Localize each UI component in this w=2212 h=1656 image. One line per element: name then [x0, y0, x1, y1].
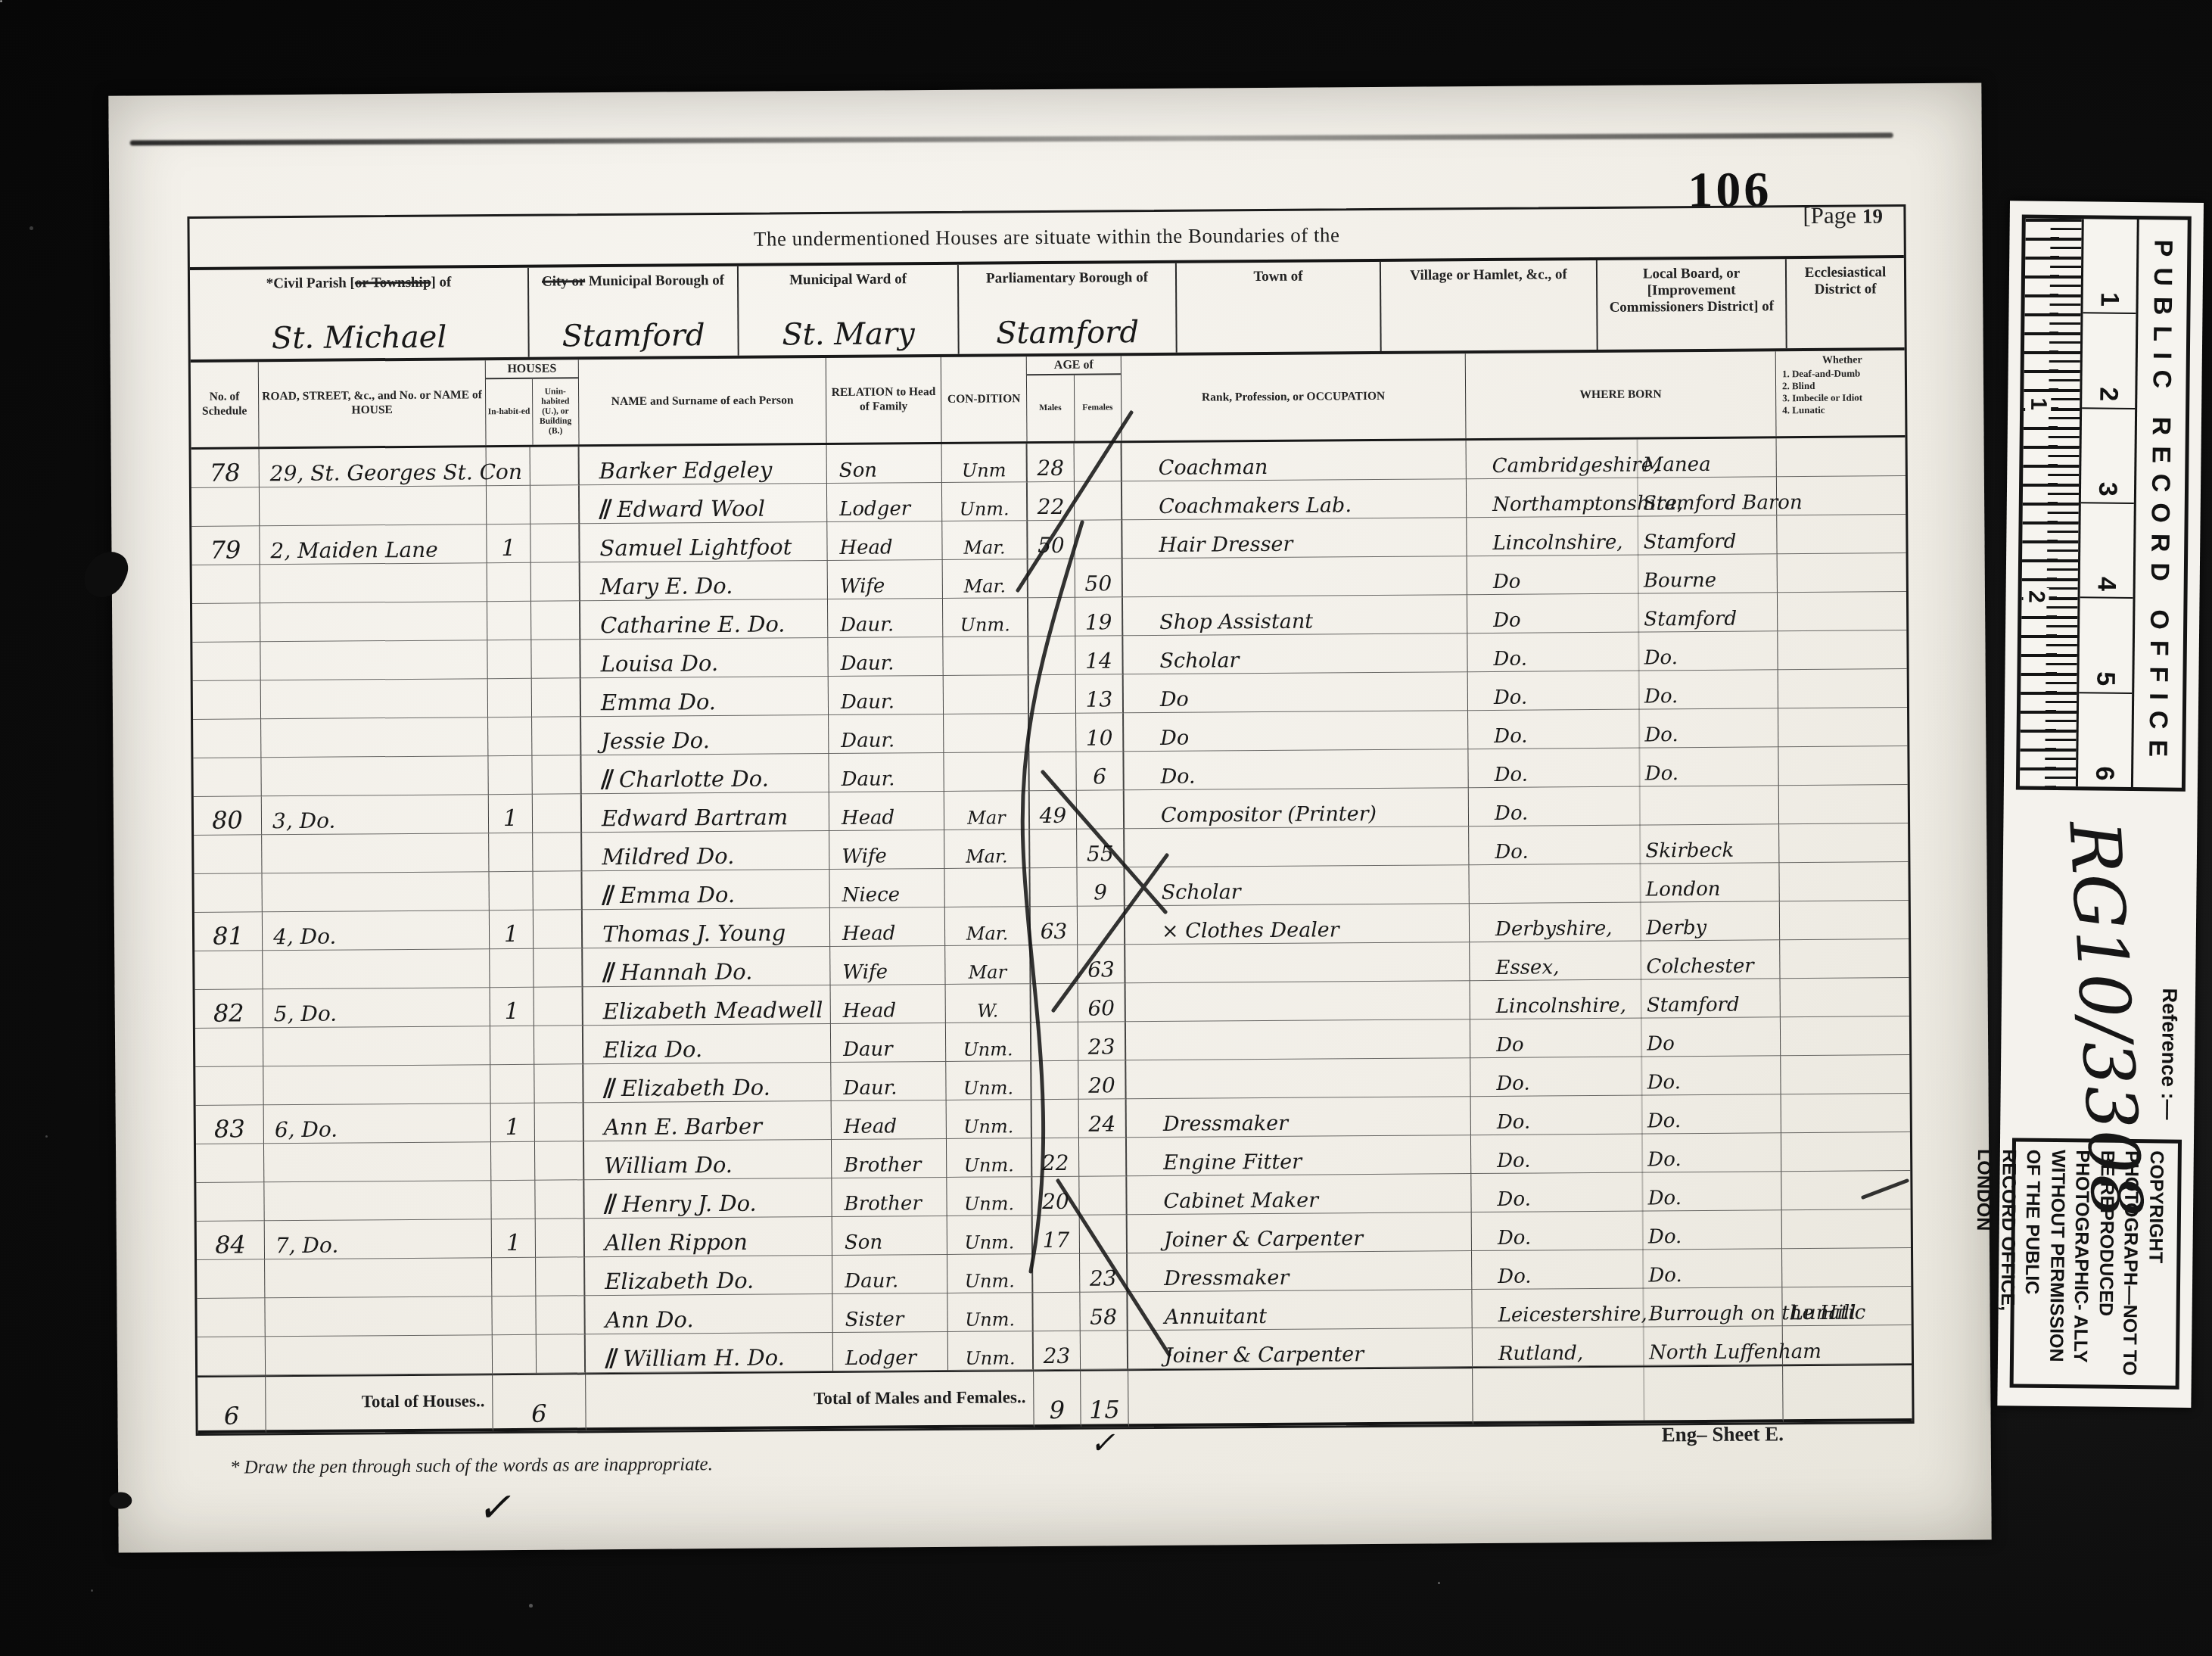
- cell-age-females: 6: [1076, 752, 1124, 790]
- cell-schedule: 82: [195, 989, 263, 1029]
- district-value: [1178, 348, 1380, 350]
- cell-age-males: 23: [1034, 1331, 1081, 1370]
- cell-infirmity: [1782, 1209, 1911, 1249]
- cell-inhabited: [489, 833, 533, 872]
- cell-born: Leicestershire,Burrough on the Hill: [1472, 1287, 1782, 1328]
- cell-uninhabited: [534, 1026, 583, 1064]
- cell-uninhabited: [530, 447, 580, 485]
- born-place: London: [1646, 879, 1721, 900]
- cell-age-males: 17: [1033, 1216, 1080, 1254]
- cell-road: 2, Maiden Lane: [260, 525, 487, 565]
- cell-age-females: 14: [1075, 636, 1123, 674]
- born-county: Do: [1467, 572, 1521, 592]
- cell-born: Do.Do.: [1467, 631, 1778, 672]
- cell-road: [260, 640, 487, 680]
- column-header-name: NAME and Surname of each Person: [579, 358, 827, 444]
- district-value: [1382, 347, 1597, 348]
- cell-inhabited: [487, 563, 531, 602]
- cell-schedule: 81: [194, 912, 263, 951]
- cell-uninhabited: [532, 717, 581, 755]
- cell-schedule: [196, 1144, 264, 1183]
- cell-schedule: 80: [194, 796, 262, 836]
- cell-occupation: Hair Dresser: [1122, 518, 1467, 559]
- district-label: *Civil Parish [or Township] of: [190, 274, 527, 293]
- cell-infirmity: [1780, 939, 1909, 979]
- ruler-ticks: 1 2: [2020, 219, 2082, 787]
- cell-schedule: 78: [191, 449, 260, 488]
- born-county: Do: [1467, 611, 1521, 630]
- cell-schedule: [193, 680, 261, 720]
- cell-name: ∥Edward Wool: [580, 484, 827, 524]
- cell-uninhabited: [535, 1141, 584, 1180]
- cell-road: [263, 949, 490, 989]
- cell-occupation: [1125, 942, 1470, 983]
- cell-condition: Mar.: [944, 830, 1030, 869]
- cell-condition: Unm.: [947, 1138, 1032, 1178]
- cell-relation: Brother: [832, 1178, 947, 1217]
- cell-age-females: [1078, 906, 1125, 945]
- double-stroke-mark: ∥: [598, 769, 617, 791]
- cell-born: Do.Do.: [1468, 708, 1778, 749]
- cell-condition: Unm.: [947, 1177, 1032, 1216]
- cell-born: Essex,Colchester: [1470, 940, 1780, 981]
- cell-road: 6, Do.: [264, 1103, 491, 1144]
- cell-road: [260, 602, 487, 642]
- column-header-females: Females: [1074, 375, 1121, 441]
- cell-condition: [944, 868, 1030, 907]
- total-of-houses-value: 6: [493, 1373, 586, 1431]
- cell-road: 7, Do.: [265, 1219, 492, 1259]
- cell-uninhabited: [534, 987, 583, 1026]
- cell-name: Mary E. Do.: [580, 561, 828, 601]
- born-place: Stamford: [1644, 609, 1737, 630]
- cell-occupation: Do.: [1124, 749, 1468, 790]
- cell-occupation: [1125, 826, 1469, 867]
- film-speckles: [0, 0, 2, 2]
- double-stroke-mark: ∥: [599, 885, 618, 907]
- double-stroke-mark: ∥: [601, 1194, 620, 1216]
- cell-relation: Head: [831, 985, 946, 1024]
- district-value: Stamford: [529, 318, 737, 354]
- cell-age-males: 20: [1032, 1177, 1079, 1216]
- cell-occupation: × Clothes Dealer: [1125, 904, 1470, 945]
- column-header-uninhabited: Unin-habited (U.), or Building (B.): [532, 379, 578, 445]
- cell-relation: Daur.: [829, 753, 944, 792]
- cell-relation: Wife: [830, 946, 945, 985]
- cell-age-females: [1079, 1138, 1127, 1176]
- cell-age-females: 50: [1075, 559, 1123, 597]
- cell-uninhabited: [531, 601, 580, 640]
- cell-inhabited: [487, 486, 530, 525]
- cell-inhabited: [491, 1181, 535, 1219]
- cell-age-females: 23: [1080, 1253, 1128, 1292]
- cell-uninhabited: [534, 948, 583, 987]
- cell-inhabited: [487, 640, 531, 679]
- cell-age-females: 55: [1077, 829, 1125, 867]
- cell-inhabited: [490, 1026, 534, 1065]
- cell-occupation: [1123, 556, 1467, 597]
- born-county: Rutland,: [1473, 1343, 1583, 1364]
- cell-born: DoBourne: [1467, 554, 1778, 595]
- cell-condition: Unm.: [947, 1216, 1033, 1255]
- infirmity-item: 3. Imbecile or Idiot: [1782, 391, 1862, 404]
- cell-name: Thomas J. Young: [583, 908, 830, 948]
- cell-road: [260, 563, 487, 603]
- born-place: Bourne: [1644, 571, 1716, 591]
- cell-born: Do.Do.: [1472, 1249, 1782, 1290]
- cell-age-females: 20: [1078, 1060, 1126, 1099]
- cell-age-males: [1031, 1061, 1078, 1100]
- cell-schedule: 79: [191, 526, 260, 565]
- cell-schedule: 84: [197, 1221, 265, 1260]
- cell-condition: Mar.: [943, 559, 1028, 599]
- cell-name: ∥Emma Do.: [582, 870, 829, 910]
- born-place: Do.: [1647, 1111, 1681, 1131]
- cell-schedule: [194, 873, 262, 913]
- cell-name: ∥Hannah Do.: [583, 947, 830, 987]
- infirmity-item: 4. Lunatic: [1782, 404, 1825, 417]
- district-box-municipal-borough: City or Municipal Borough of Stamford: [529, 266, 739, 357]
- cell-name: Edward Bartram: [582, 792, 829, 833]
- cell-schedule: 83: [196, 1105, 264, 1144]
- cell-relation: Sister: [832, 1293, 947, 1333]
- cell-name: Eliza Do.: [583, 1024, 831, 1064]
- pro-reference-strip: PUBLIC RECORD OFFICE 123456 1 2 Referenc…: [1997, 201, 2204, 1408]
- cell-occupation: [1126, 981, 1470, 1022]
- column-header-schedule: No. of Schedule: [191, 362, 260, 447]
- cell-inhabited: [492, 1296, 536, 1335]
- ruler-scale-number: 1: [2083, 219, 2136, 314]
- cell-occupation: [1126, 1058, 1470, 1099]
- cell-uninhabited: [534, 1064, 583, 1103]
- cell-name: ∥Elizabeth Do.: [583, 1063, 831, 1103]
- cell-born: Do.Do.: [1471, 1172, 1781, 1212]
- cell-relation: Daur.: [828, 637, 943, 677]
- column-header-condition: CON-DITION: [941, 356, 1028, 442]
- totals-schedule: 6: [198, 1375, 266, 1433]
- district-value: St. Michael: [190, 319, 527, 356]
- cell-name: Emma Do.: [581, 677, 829, 717]
- cell-age-males: [1031, 1023, 1078, 1061]
- cell-infirmity: [1779, 862, 1908, 901]
- cell-schedule: [195, 1066, 263, 1106]
- cell-age-females: [1077, 790, 1125, 829]
- scanned-census-page: { "page": { "stamp_number": "106", "page…: [0, 0, 2212, 1656]
- district-label: Village or Hamlet, &c., of: [1381, 266, 1596, 285]
- born-place: Do.: [1645, 764, 1678, 783]
- cell-age-males: 22: [1032, 1138, 1079, 1177]
- cell-name: Elizabeth Do.: [585, 1256, 832, 1296]
- cell-relation: Wife: [828, 560, 943, 599]
- district-box-ecclesiastical: Ecclesiastical District of: [1787, 258, 1905, 348]
- cell-relation: Daur.: [831, 1062, 946, 1101]
- cell-name: ∥Charlotte Do.: [581, 754, 829, 794]
- cell-uninhabited: [533, 794, 582, 833]
- column-header-row: No. of Schedule ROAD, STREET, &c., and N…: [191, 350, 1906, 450]
- born-place: Do.: [1647, 1150, 1681, 1169]
- reference-area: Reference :— RG10/3308: [2010, 797, 2187, 1124]
- cell-condition: Unm.: [947, 1100, 1032, 1139]
- cell-condition: Mar: [944, 791, 1030, 830]
- born-place: Do.: [1644, 725, 1678, 745]
- district-box-local-board: Local Board, or [Improvement Commissione…: [1598, 259, 1787, 350]
- district-value: [1598, 345, 1786, 347]
- cell-schedule: [196, 1182, 264, 1222]
- born-county: Do.: [1470, 1074, 1529, 1094]
- cell-born: Do.Do.: [1472, 1210, 1782, 1251]
- totals-born-empty: [1473, 1365, 1784, 1424]
- cell-born: Lincolnshire,Stamford: [1467, 515, 1777, 556]
- born-county: Do.: [1472, 1228, 1531, 1249]
- cell-occupation: Scholar: [1125, 865, 1469, 906]
- column-header-where-born: WHERE BORN: [1466, 351, 1777, 438]
- ruler-subticks: [2045, 228, 2081, 786]
- district-label: City or Municipal Borough of: [529, 272, 737, 291]
- cell-road: [261, 756, 488, 796]
- cell-schedule: [192, 642, 260, 681]
- cell-age-males: [1030, 868, 1077, 907]
- cell-uninhabited: [536, 1257, 585, 1296]
- born-county: Do.: [1468, 688, 1527, 708]
- cell-inhabited: [491, 1142, 535, 1181]
- cell-road: [262, 833, 489, 873]
- column-header-inhabited: In-habit-ed: [486, 379, 533, 445]
- cell-born: Do.Do.: [1471, 1133, 1781, 1174]
- cell-inhabited: [488, 756, 532, 795]
- cell-inhabited: 1: [492, 1219, 536, 1258]
- cell-road: [262, 872, 489, 912]
- born-county: Leicestershire,: [1473, 1305, 1647, 1326]
- double-stroke-mark: ∥: [600, 1078, 619, 1100]
- double-stroke-mark: ∥: [596, 499, 615, 521]
- cell-name: William Do.: [584, 1140, 832, 1180]
- cell-name: Catharine E. Do.: [580, 599, 828, 640]
- cell-inhabited: 1: [491, 1103, 535, 1142]
- cell-occupation: Do: [1124, 672, 1468, 713]
- cell-relation: Wife: [829, 830, 944, 870]
- houses-group-label: HOUSES: [486, 360, 578, 379]
- cell-condition: Unm.: [942, 482, 1028, 521]
- cell-condition: W.: [946, 984, 1031, 1023]
- cell-age-females: [1081, 1331, 1128, 1369]
- born-county: Lincolnshire,: [1470, 996, 1626, 1016]
- cell-infirmity: [1781, 1016, 1909, 1056]
- cell-infirmity: [1777, 515, 1906, 554]
- cell-schedule: [195, 1028, 263, 1067]
- cell-occupation: Joiner & Carpenter: [1128, 1212, 1472, 1253]
- cell-age-females: 58: [1080, 1292, 1128, 1331]
- cell-name: Jessie Do.: [581, 715, 829, 755]
- census-form-table: The undermentioned Houses are situate wi…: [187, 204, 1914, 1436]
- district-value: Stamford: [959, 315, 1175, 351]
- total-of-males-females-label: Total of Males and Females..: [586, 1370, 1034, 1430]
- ruler-scale-number: 6: [2078, 693, 2132, 787]
- cell-age-females: 60: [1078, 983, 1126, 1022]
- cell-schedule: [193, 719, 261, 758]
- cell-age-males: [1028, 559, 1075, 598]
- cell-age-females: 24: [1079, 1099, 1127, 1138]
- cell-road: [266, 1335, 493, 1375]
- cell-age-females: 63: [1078, 945, 1125, 983]
- cell-name: Elizabeth Meadwell: [583, 985, 831, 1026]
- cell-uninhabited: [535, 1103, 584, 1141]
- cell-condition: Mar.: [945, 907, 1031, 946]
- cell-infirmity: [1777, 437, 1906, 477]
- cell-age-females: 13: [1076, 674, 1124, 713]
- cell-relation: Head: [829, 792, 944, 831]
- cell-age-males: [1033, 1293, 1080, 1331]
- cell-uninhabited: [532, 755, 581, 794]
- cell-inhabited: [490, 949, 534, 988]
- ink-blot: [109, 1492, 132, 1508]
- cell-born: Do.Skirbeck: [1469, 824, 1779, 865]
- census-table-body: 7829, St. Georges St. ConBarker EdgeleyS…: [191, 437, 1912, 1433]
- born-place: Do.: [1644, 648, 1678, 668]
- cell-occupation: Compositor (Printer): [1125, 788, 1469, 829]
- born-county: Do.: [1471, 1151, 1530, 1172]
- totals-occupation-empty: [1128, 1367, 1473, 1427]
- cell-relation: Brother: [832, 1139, 947, 1178]
- cell-name: Barker Edgeley: [580, 445, 827, 485]
- total-of-houses-label: Total of Houses..: [266, 1374, 493, 1433]
- cell-condition: [944, 675, 1029, 714]
- cell-infirmity: [1779, 823, 1908, 863]
- cell-relation: Son: [827, 444, 942, 484]
- cell-road: 3, Do.: [262, 795, 489, 835]
- born-county: Do.: [1468, 727, 1527, 747]
- form-title: The undermentioned Houses are situate wi…: [754, 223, 1340, 251]
- cell-age-males: [1031, 984, 1078, 1023]
- cell-uninhabited: [531, 562, 580, 601]
- cell-uninhabited: [533, 833, 582, 871]
- born-county: Do.: [1467, 649, 1526, 670]
- age-group-label: AGE of: [1027, 356, 1121, 375]
- born-county: Do.: [1472, 1267, 1531, 1287]
- cell-uninhabited: [533, 871, 582, 910]
- cell-schedule: [198, 1337, 266, 1376]
- cell-inhabited: 1: [489, 795, 533, 833]
- cell-infirmity: [1781, 1055, 1909, 1094]
- cell-condition: Unm.: [948, 1331, 1034, 1371]
- cell-name: Louisa Do.: [580, 638, 828, 678]
- cell-inhabited: [488, 717, 532, 756]
- cell-age-males: 63: [1031, 907, 1078, 945]
- cell-occupation: Cabinet Maker: [1127, 1174, 1471, 1215]
- column-header-infirmity: Whether 1. Deaf-and-Dumb 2. Blind 3. Imb…: [1776, 350, 1906, 436]
- cell-age-males: [1028, 598, 1075, 637]
- cell-age-females: 10: [1076, 713, 1124, 752]
- cell-relation: Head: [830, 907, 945, 947]
- ruler-inch-number: 1: [2025, 394, 2051, 413]
- cell-road: [263, 1065, 490, 1105]
- cell-condition: Unm.: [943, 598, 1028, 637]
- cell-road: [264, 1181, 491, 1221]
- district-box-civil-parish: *Civil Parish [or Township] of St. Micha…: [190, 268, 530, 360]
- pro-office-label: PUBLIC RECORD OFFICE: [2131, 219, 2188, 788]
- born-county: Lincolnshire,: [1467, 533, 1622, 553]
- cell-condition: Unm.: [946, 1023, 1031, 1062]
- cell-uninhabited: [530, 524, 580, 562]
- district-box-municipal-ward: Municipal Ward of St. Mary: [739, 265, 960, 356]
- cell-road: [263, 1026, 490, 1066]
- cell-relation: Niece: [829, 869, 944, 908]
- cell-infirmity: [1780, 901, 1909, 940]
- ruler-scale-number: 5: [2079, 599, 2133, 694]
- born-county: Derbyshire,: [1470, 919, 1613, 939]
- infirmity-item: 2. Blind: [1782, 380, 1815, 393]
- ruler-scale-number: 3: [2081, 409, 2135, 504]
- column-header-occupation: Rank, Profession, or OCCUPATION: [1122, 353, 1467, 440]
- cell-road: [261, 679, 488, 719]
- cell-schedule: [194, 835, 262, 874]
- cell-age-females: 19: [1075, 597, 1123, 636]
- cell-relation: Lodger: [833, 1332, 948, 1371]
- born-place: Manea: [1643, 455, 1711, 475]
- census-sheet: 106 [Page 19 The undermentioned Houses a…: [108, 82, 1991, 1552]
- district-value: [1787, 344, 1905, 345]
- cell-condition: [944, 752, 1029, 792]
- district-label: Municipal Ward of: [739, 271, 957, 289]
- cell-road: 5, Do.: [263, 988, 490, 1028]
- cell-relation: Daur.: [829, 676, 944, 715]
- double-stroke-mark: ∥: [602, 1348, 621, 1370]
- born-county: Do.: [1469, 765, 1528, 786]
- cell-relation: Daur.: [832, 1255, 947, 1294]
- column-header-road: ROAD, STREET, &c., and No. or NAME of HO…: [259, 360, 487, 447]
- born-county: Do.: [1469, 804, 1528, 824]
- district-box-town: Town of: [1177, 262, 1382, 353]
- cell-inhabited: [490, 1065, 534, 1103]
- cell-inhabited: [493, 1335, 537, 1374]
- ruler-scale-number: 2: [2082, 314, 2136, 409]
- cell-age-males: [1029, 714, 1076, 752]
- cell-schedule: [192, 603, 260, 643]
- cell-relation: Daur: [831, 1023, 946, 1063]
- born-place: Colchester: [1646, 957, 1753, 977]
- cell-infirmity: [1781, 978, 1909, 1017]
- cell-uninhabited: [535, 1180, 584, 1219]
- cell-name: Allen Rippon: [585, 1217, 832, 1257]
- district-label: Parliamentary Borough of: [959, 269, 1175, 288]
- cell-age-males: 28: [1028, 444, 1075, 482]
- cell-born: DoStamford: [1467, 593, 1778, 633]
- cell-schedule: [194, 951, 263, 990]
- born-place: Do.: [1644, 686, 1678, 706]
- cell-inhabited: 1: [490, 910, 534, 949]
- cell-occupation: Annuitant: [1128, 1290, 1472, 1331]
- born-place: Stamford: [1644, 532, 1737, 553]
- cell-occupation: [1126, 1019, 1470, 1060]
- total-males-value: 9: [1034, 1370, 1081, 1427]
- cell-condition: Unm: [942, 444, 1028, 483]
- district-header-row: *Civil Parish [or Township] of St. Micha…: [190, 258, 1905, 363]
- cell-occupation: Coachmakers Lab.: [1122, 479, 1467, 520]
- cell-uninhabited: [531, 640, 580, 678]
- cell-occupation: Joiner & Carpenter: [1128, 1328, 1473, 1369]
- cell-occupation: Coachman: [1122, 440, 1467, 481]
- cell-name: Ann E. Barber: [584, 1101, 832, 1141]
- double-stroke-mark: ∥: [599, 962, 618, 984]
- cell-schedule: [197, 1259, 265, 1299]
- district-value: St. Mary: [739, 316, 957, 353]
- born-county: Do.: [1471, 1190, 1530, 1210]
- column-header-relation: RELATION to Head of Family: [826, 357, 942, 443]
- cell-occupation: Shop Assistant: [1123, 595, 1467, 636]
- cell-born: Rutland,North Luffenham: [1473, 1326, 1783, 1367]
- cell-infirmity: [1779, 785, 1908, 824]
- cell-age-males: [1031, 945, 1078, 984]
- born-county: Do.: [1471, 1113, 1530, 1133]
